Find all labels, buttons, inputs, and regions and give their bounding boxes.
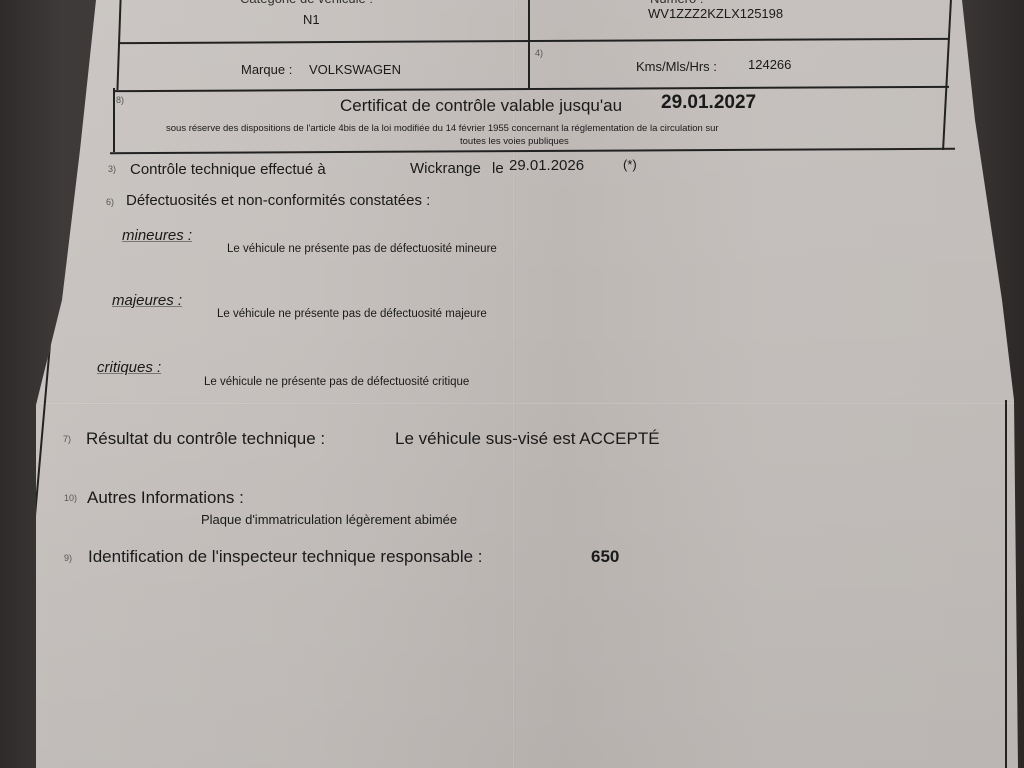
result-value: Le véhicule sus-visé est ACCEPTÉ — [395, 429, 660, 449]
table-border-mid — [528, 0, 530, 88]
defects-title: Défectuosités et non-conformités constat… — [126, 192, 430, 209]
legal-notice-line-1: sous réserve des dispositions de l'artic… — [166, 123, 719, 134]
critical-defects-label: critiques : — [97, 359, 161, 376]
odometer-label: Kms/Mls/Hrs : — [636, 59, 717, 74]
inspection-section-number: 3) — [108, 164, 116, 174]
table-border-right — [942, 0, 951, 150]
inspection-date-prefix: le — [492, 160, 504, 177]
other-info-section-number: 10) — [64, 493, 77, 503]
table-row-divider-3 — [110, 148, 955, 154]
critical-defects-text: Le véhicule ne présente pas de défectuos… — [204, 376, 469, 388]
other-info-text: Plaque d'immatriculation légèrement abim… — [201, 512, 457, 527]
inspection-location: Wickrange — [410, 160, 481, 177]
category-value: N1 — [303, 12, 320, 27]
defects-section-number: 6) — [106, 197, 114, 207]
certificate-title: Certificat de contrôle valable jusqu'au — [340, 96, 622, 116]
category-label: Catégorie de véhicule : — [240, 0, 373, 6]
inspection-date: 29.01.2026 — [509, 157, 584, 174]
table-border-left — [116, 0, 121, 90]
cert-border-left — [113, 88, 115, 152]
brand-value: VOLKSWAGEN — [309, 62, 401, 77]
odometer-value: 124266 — [748, 57, 791, 72]
legal-notice-line-2: toutes les voies publiques — [460, 136, 569, 147]
inspection-note: (*) — [623, 157, 637, 172]
inspector-section-number: 9) — [64, 553, 72, 563]
certificate-section-number: 8) — [116, 95, 124, 105]
paper-fold-horizontal — [40, 402, 1015, 405]
other-info-label: Autres Informations : — [87, 488, 244, 508]
major-defects-text: Le véhicule ne présente pas de défectuos… — [217, 308, 487, 320]
table-row-divider-2 — [114, 86, 949, 92]
result-section-number: 7) — [63, 434, 71, 444]
inspection-label: Contrôle technique effectué à — [130, 161, 326, 178]
table-row-divider-1 — [118, 38, 948, 44]
minor-defects-label: mineures : — [122, 227, 192, 244]
main-border-right — [1005, 400, 1007, 768]
result-label: Résultat du contrôle technique : — [86, 429, 325, 449]
inspection-certificate-document: Catégorie de véhicule : N1 Numéro : WV1Z… — [0, 0, 1024, 768]
inspector-id: 650 — [591, 547, 619, 567]
brand-label: Marque : — [241, 62, 292, 77]
inspector-label: Identification de l'inspecteur technique… — [88, 547, 483, 567]
certificate-valid-until: 29.01.2027 — [661, 92, 756, 114]
odometer-section-number: 4) — [535, 48, 543, 58]
minor-defects-text: Le véhicule ne présente pas de défectuos… — [227, 243, 497, 255]
vin-value: WV1ZZZ2KZLX125198 — [648, 6, 783, 21]
major-defects-label: majeures : — [112, 292, 182, 309]
